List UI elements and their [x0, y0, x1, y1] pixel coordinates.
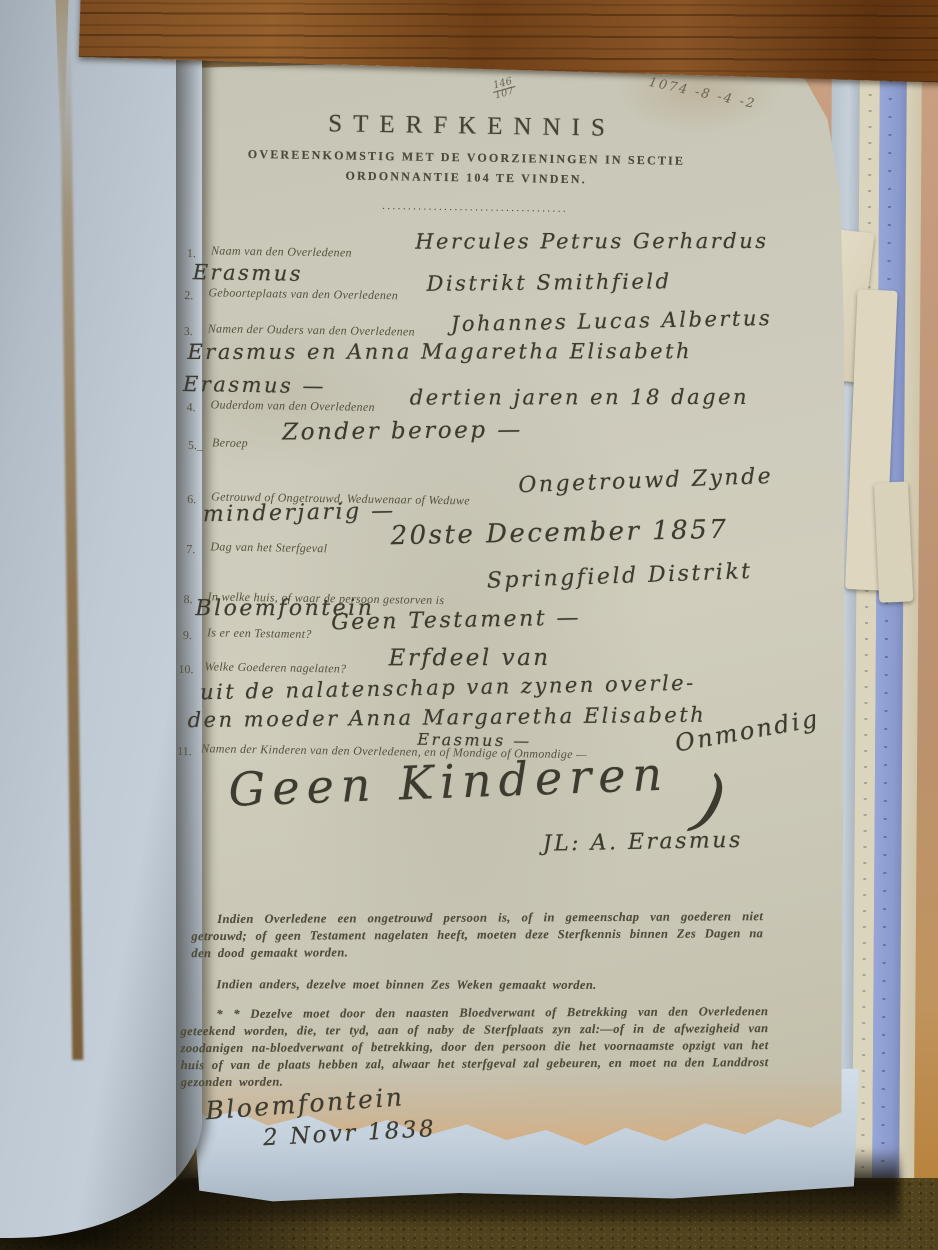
signature: JL: A. Erasmus [543, 828, 743, 857]
note-paragraph-2: Indien anders, dezelve moet binnen Zes W… [191, 976, 763, 994]
archival-reference-number: 1074 -8 -4 -2 [647, 75, 757, 112]
field-9-number: 9. [183, 628, 192, 643]
field-1-value: Hercules Petrus Gerhardus [415, 229, 768, 254]
field-7-label: Dag van het Sterfgeval [210, 539, 327, 556]
field-4-value: dertien jaren en 18 dagen [410, 385, 749, 410]
note-paragraph-3: * * Dezelve moet door den naasten Bloedv… [180, 1003, 768, 1090]
field-1-label: Naam van den Overledenen [211, 243, 352, 260]
field-11-number: 11. [177, 744, 192, 759]
form-content: 146 107 1074 -8 -4 -2 STERFKENNIS OVEREE… [171, 62, 848, 1182]
field-8-number: 8. [183, 592, 192, 607]
archive-photo: 146 107 1074 -8 -4 -2 STERFKENNIS OVEREE… [0, 0, 938, 1250]
dotted-rule: ···································· [382, 203, 568, 218]
field-10-number: 10. [178, 662, 193, 677]
field-9-label: Is er een Testament? [207, 625, 312, 642]
note-3-text: Dezelve moet door den naasten Bloedverwa… [180, 1004, 768, 1089]
field-2-label: Geboorteplaats van den Overledenen [208, 285, 398, 303]
field-6-number: 6. [187, 492, 196, 507]
note-3-marker: * * [180, 1007, 240, 1021]
field-6-value: Ongetrouwd Zynde [518, 464, 774, 498]
field-10-label: Welke Goederen nagelaten? [204, 659, 346, 676]
field-1-value-cont: Erasmus [193, 260, 304, 286]
field-4-number: 4. [186, 400, 195, 415]
field-1-number: 1. [187, 246, 196, 261]
form-title: STERFKENNIS [277, 109, 667, 143]
form-subtitle-2: ORDONNANTIE 104 TE VINDEN. [196, 166, 736, 189]
field-4-label: Ouderdom van den Overledenen [210, 397, 374, 415]
field-7-number: 7. [186, 542, 195, 557]
field-3-number: 3. [184, 324, 193, 339]
field-5-label: Beroep [212, 435, 248, 451]
field-3-value-cont: Erasmus en Anna Magaretha Elisabeth [187, 339, 692, 364]
archival-fraction-annotation: 146 107 [490, 76, 518, 101]
field-10-value: Erfdeel van [389, 645, 551, 671]
note-paragraph-1: Indien Overledene een ongetrouwd persoon… [191, 908, 763, 962]
field-3-value: Johannes Lucas Albertus [451, 306, 773, 336]
field-8-value: Springfield Distrikt [486, 559, 753, 594]
field-2-number: 2. [184, 288, 193, 303]
field-2-value: Distrikt Smithfield [426, 269, 671, 296]
field-7-value: 20ste December 1857 [390, 515, 728, 551]
field-6-value-cont: minderjarig — [203, 499, 396, 528]
field-3-label: Namen der Ouders van den Overledenen [208, 321, 415, 339]
field-5-value: Zonder beroep — [282, 417, 523, 446]
field-3-value-cont-2: Erasmus — [183, 372, 326, 398]
field-10-value-cont-2: den moeder Anna Margaretha Elisabeth [188, 703, 707, 732]
field-5-number: 5._ [188, 438, 203, 453]
field-10-value-cont: uit de nalatenschap van zynen overle- [200, 671, 696, 705]
paper-flap [874, 481, 913, 602]
field-9-value: Geen Testament — [331, 606, 581, 636]
footer-date: 2 Novr 1838 [262, 1116, 436, 1151]
form-subtitle-1: OVEREENKOMSTIG MET DE VOORZIENINGEN IN S… [196, 146, 736, 169]
